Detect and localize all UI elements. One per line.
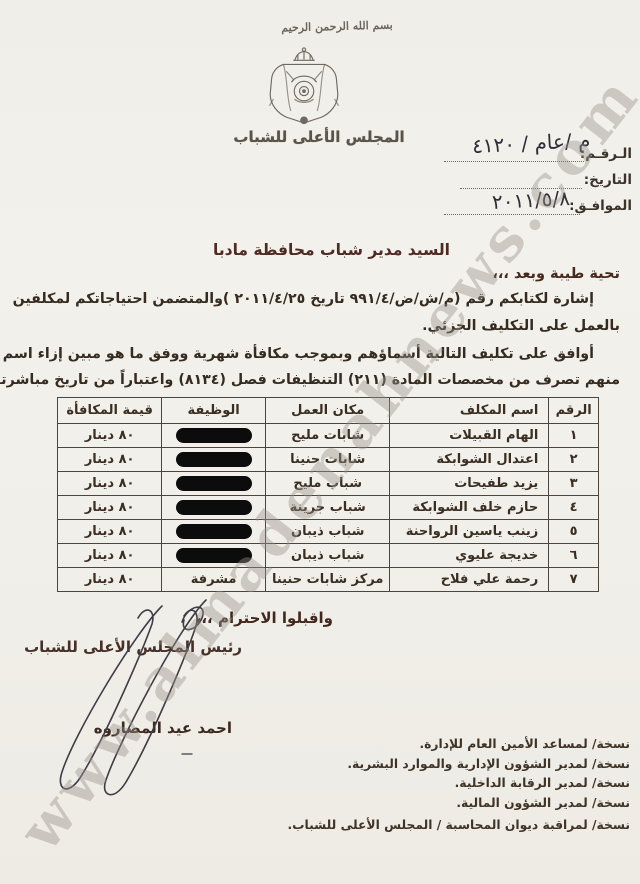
- table-row: ٤حازم خلف الشوابكةشباب جرينة٨٠ دينار: [58, 496, 599, 520]
- header-workplace: مكان العمل: [265, 398, 390, 424]
- cell-workplace: مركز شابات حنينا: [265, 568, 390, 592]
- cell-reward: ٨٠ دينار: [58, 496, 162, 520]
- table-row: ٥زينب ياسين الرواحنةشباب ذيبان٨٠ دينار: [58, 520, 599, 544]
- cell-job: [162, 520, 266, 544]
- coat-of-arms: [250, 46, 358, 128]
- table-row: ٦خديجة عليويشباب ذيبان٨٠ دينار: [58, 544, 599, 568]
- table-row: ٢اعتدال الشوابكةشابات حنينا٨٠ دينار: [58, 448, 599, 472]
- body-paragraph1-line2: بالعمل على التكليف الجزئي.: [18, 318, 620, 334]
- assignments-table: الرقم اسم المكلف مكان العمل الوظيفة قيمة…: [57, 397, 599, 592]
- greeting-line: تحية طيبة وبعد ،،،: [492, 266, 620, 282]
- cell-name: يزيد طفيحات: [390, 472, 549, 496]
- cell-workplace: شابات حنينا: [265, 448, 390, 472]
- cell-workplace: شباب مليح: [265, 472, 390, 496]
- header-job: الوظيفة: [162, 398, 266, 424]
- cell-number: ٦: [549, 544, 599, 568]
- cell-name: الهام القبيلات: [390, 424, 549, 448]
- cell-workplace: شابات مليح: [265, 424, 390, 448]
- cell-reward: ٨٠ دينار: [58, 472, 162, 496]
- header-number: الرقم: [549, 398, 599, 424]
- cell-workplace: شباب ذيبان: [265, 520, 390, 544]
- scanned-letter-page: www.almadenahnews.com بسم الله الرحمن ال…: [0, 0, 640, 884]
- header-assignee-name: اسم المكلف: [390, 398, 549, 424]
- body-paragraph2-line2: منهم تصرف من مخصصات المادة (٢١١) التنظيف…: [18, 372, 620, 388]
- cell-number: ٤: [549, 496, 599, 520]
- redaction-bar: [176, 524, 252, 539]
- redaction-bar: [176, 476, 252, 491]
- bismillah-calligraphy: بسم الله الرحمن الرحيم: [252, 18, 422, 35]
- cell-job: [162, 448, 266, 472]
- cell-number: ٧: [549, 568, 599, 592]
- cell-name: حازم خلف الشوابكة: [390, 496, 549, 520]
- cc-copy-item: نسخة/ لمدير الشؤون المالية.: [287, 794, 630, 814]
- redaction-bar: [176, 500, 252, 515]
- table-header-row: الرقم اسم المكلف مكان العمل الوظيفة قيمة…: [58, 398, 599, 424]
- table-row: ١الهام القبيلاتشابات مليح٨٠ دينار: [58, 424, 599, 448]
- handwritten-signature: [34, 594, 244, 804]
- cell-job: مشرفة: [162, 568, 266, 592]
- table-row: ٣يزيد طفيحاتشباب مليح٨٠ دينار: [58, 472, 599, 496]
- cell-reward: ٨٠ دينار: [58, 424, 162, 448]
- ref-number-line: [444, 160, 584, 162]
- cell-number: ٥: [549, 520, 599, 544]
- cell-reward: ٨٠ دينار: [58, 448, 162, 472]
- header-reward-value: قيمة المكافأة: [58, 398, 162, 424]
- cc-copy-item: نسخة/ لمساعد الأمين العام للإدارة.: [287, 735, 630, 755]
- cell-reward: ٨٠ دينار: [58, 544, 162, 568]
- corresponding-date-label: الموافـق:: [569, 198, 632, 214]
- addressee-line: السيد مدير شباب محافظة مادبا: [213, 241, 450, 259]
- cell-reward: ٨٠ دينار: [58, 520, 162, 544]
- cell-name: زينب ياسين الرواحنة: [390, 520, 549, 544]
- redaction-bar: [176, 548, 252, 563]
- cell-reward: ٨٠ دينار: [58, 568, 162, 592]
- cc-copy-item: نسخة/ لمدير الرقابة الداخلية.: [287, 774, 630, 794]
- cc-copies-list: نسخة/ لمساعد الأمين العام للإدارة.نسخة/ …: [287, 735, 630, 836]
- redaction-bar: [176, 428, 252, 443]
- council-name-calligraphy: المجلس الأعلى للشباب: [224, 128, 414, 146]
- corresponding-date-handwritten-value: ٢٠١١/٥/٨: [491, 186, 570, 214]
- corresponding-date-line: [444, 213, 580, 215]
- cell-name: رحمة علي فلاح: [390, 568, 549, 592]
- cell-job: [162, 472, 266, 496]
- redaction-bar: [176, 452, 252, 467]
- body-paragraph2-line1: أوافق على تكليف التالية أسماؤهم وبموجب م…: [18, 346, 620, 362]
- body-paragraph1-line1: إشارة لكتابكم رقم (م/ش/ض/٩٩١/٤ تاريخ ٢٠١…: [18, 291, 620, 307]
- cc-copy-item: نسخة/ لمدير الشؤون الإدارية والموارد الب…: [287, 755, 630, 775]
- cc-copy-item: نسخة/ لمراقبة ديوان المحاسبة / المجلس ال…: [287, 816, 630, 836]
- cell-number: ١: [549, 424, 599, 448]
- cell-job: [162, 544, 266, 568]
- cell-job: [162, 496, 266, 520]
- date-label: التاريخ:: [584, 172, 632, 188]
- cell-number: ٣: [549, 472, 599, 496]
- assignments-tbody: ١الهام القبيلاتشابات مليح٨٠ دينار٢اعتدال…: [58, 424, 599, 592]
- cell-workplace: شباب ذيبان: [265, 544, 390, 568]
- cell-number: ٢: [549, 448, 599, 472]
- cell-workplace: شباب جرينة: [265, 496, 390, 520]
- ref-number-handwritten-value: م /عام / ٤١٢٠: [471, 128, 590, 158]
- cell-name: خديجة عليوي: [390, 544, 549, 568]
- cell-job: [162, 424, 266, 448]
- cell-name: اعتدال الشوابكة: [390, 448, 549, 472]
- table-row: ٧رحمة علي فلاحمركز شابات حنينامشرفة٨٠ دي…: [58, 568, 599, 592]
